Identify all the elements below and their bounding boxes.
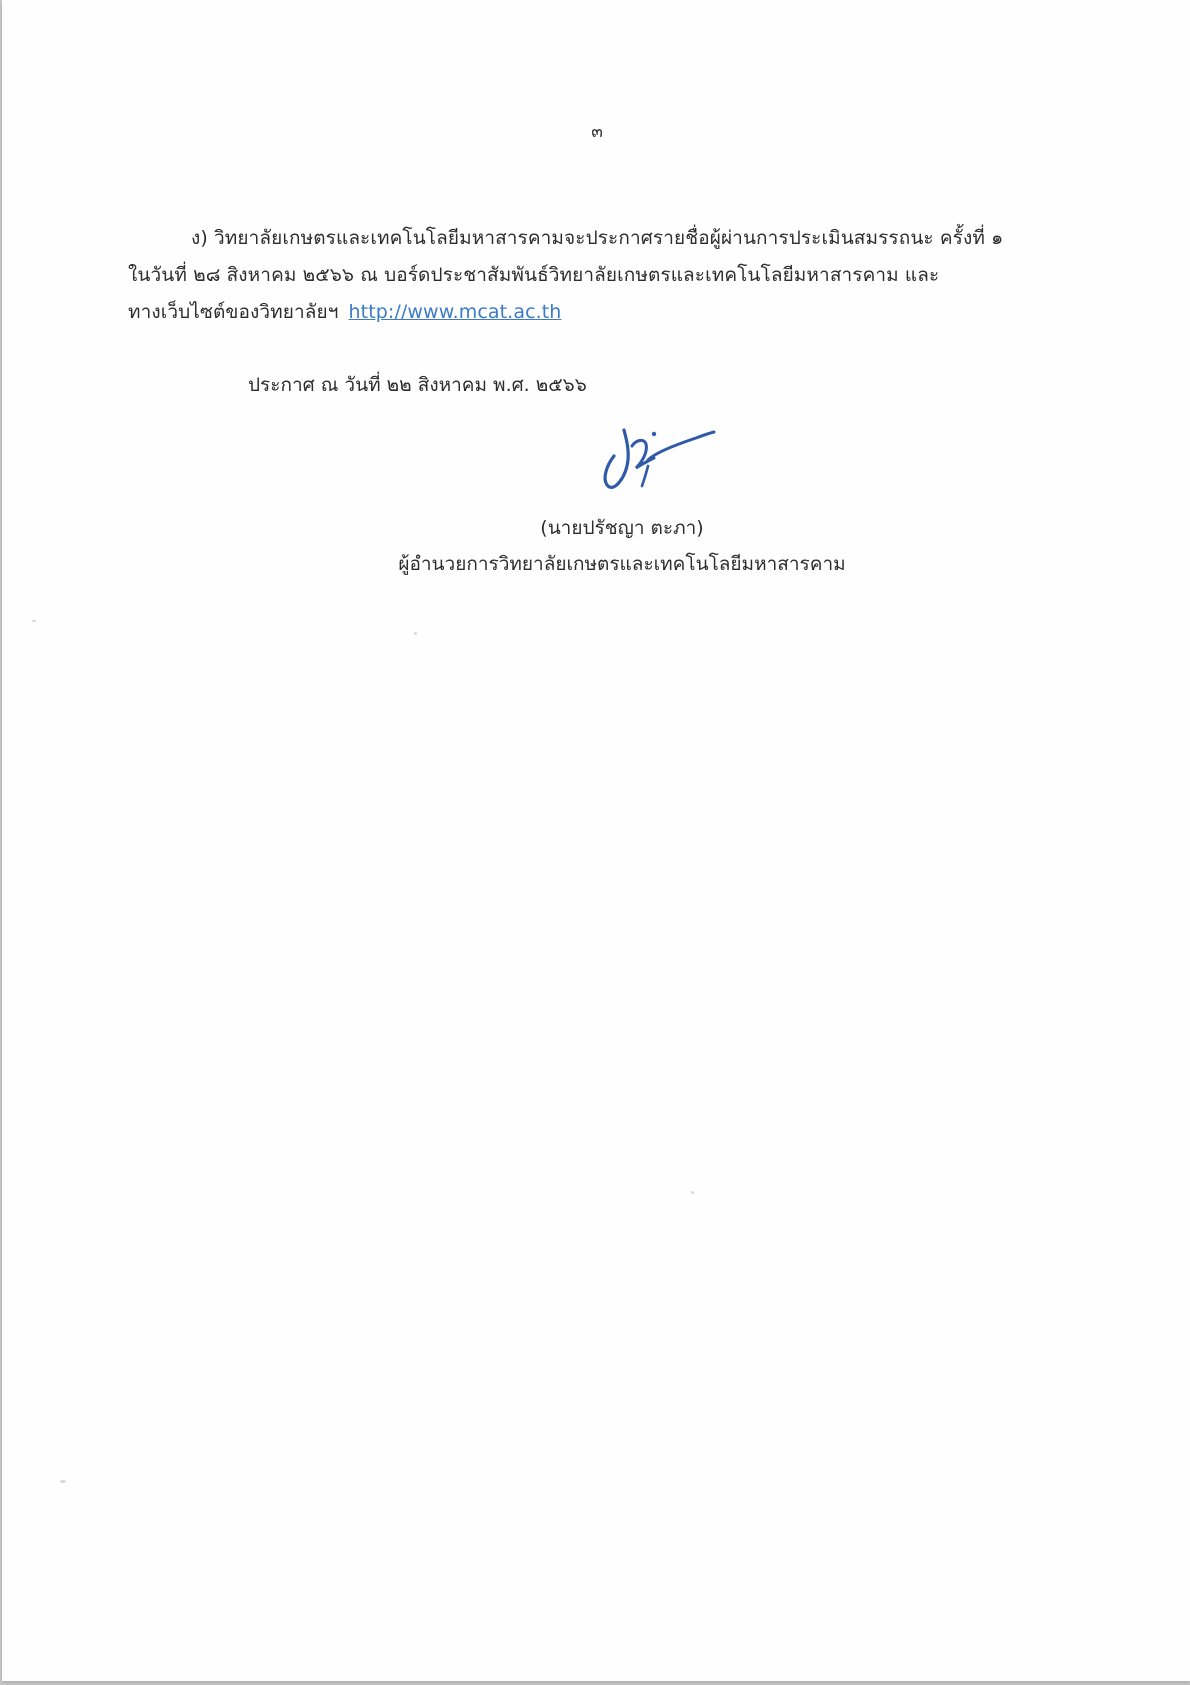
scan-speck <box>60 1480 66 1483</box>
signer-title: ผู้อำนวยการวิทยาลัยเกษตรและเทคโนโลยีมหาส… <box>2 549 1190 579</box>
signature-icon <box>592 408 732 498</box>
announcement-date: ประกาศ ณ วันที่ ๒๒ สิงหาคม พ.ศ. ๒๕๖๖ <box>248 370 587 400</box>
signer-name: (นายปรัชญา ตะภา) <box>2 513 1190 543</box>
paragraph-line-1: ง) วิทยาลัยเกษตรและเทคโนโลยีมหาสารคามจะป… <box>128 220 1088 257</box>
paragraph-line-3: ทางเว็บไซต์ของวิทยาลัยฯhttp://www.mcat.a… <box>128 294 1088 331</box>
scan-speck <box>691 1191 694 1194</box>
paragraph-line-2: ในวันที่ ๒๘ สิงหาคม ๒๕๖๖ ณ บอร์ดประชาสัม… <box>128 257 1088 294</box>
announcement-paragraph: ง) วิทยาลัยเกษตรและเทคโนโลยีมหาสารคามจะป… <box>128 220 1088 331</box>
scan-speck <box>32 620 36 622</box>
scan-speck <box>414 632 417 635</box>
document-page: ๓ ง) วิทยาลัยเกษตรและเทคโนโลยีมหาสารคามจ… <box>2 0 1190 1681</box>
college-website-link[interactable]: http://www.mcat.ac.th <box>349 301 562 323</box>
paragraph-line-3-text: ทางเว็บไซต์ของวิทยาลัยฯ <box>128 301 339 323</box>
page-number: ๓ <box>2 118 1190 145</box>
